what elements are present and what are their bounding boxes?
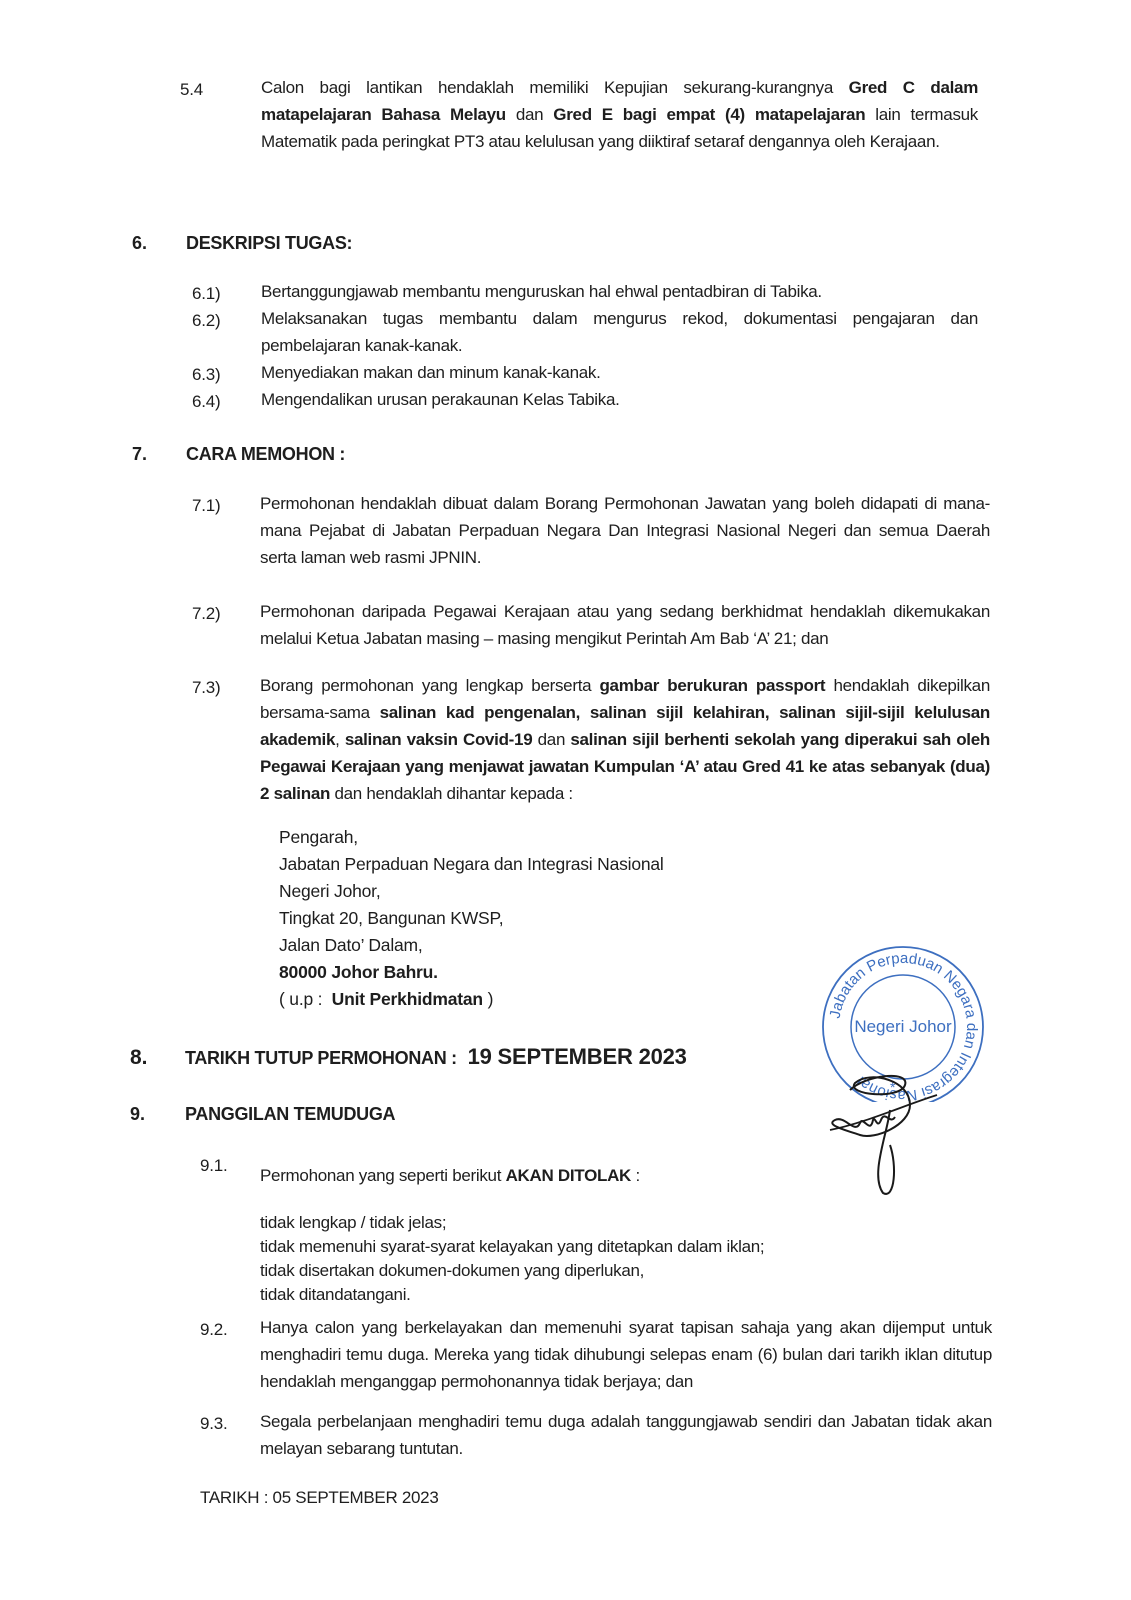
body-text: , (335, 730, 345, 749)
rejection-reason: tidak ditandatangani. (260, 1283, 411, 1307)
section-6-number: 6. (132, 233, 147, 254)
svg-text:Negeri Johor: Negeri Johor (854, 1017, 952, 1036)
item-number-7-2: 7.2) (192, 604, 221, 624)
section-7-number: 7. (132, 444, 147, 465)
section-6-title: DESKRIPSI TUGAS: (186, 233, 352, 254)
item-7-2-text: Permohonan daripada Pegawai Kerajaan ata… (260, 598, 990, 652)
section-8-title: TARIKH TUTUP PERMOHONAN : (185, 1048, 457, 1068)
body-text: Calon bagi lantikan hendaklah memiliki K… (261, 78, 849, 97)
item-number-5-4: 5.4 (180, 80, 203, 100)
body-text: dan (532, 730, 570, 749)
attention-unit: Unit Perkhidmatan (332, 989, 483, 1009)
item-9-1-intro: Permohonan yang seperti berikut AKAN DIT… (260, 1162, 640, 1189)
rejection-reason: tidak memenuhi syarat-syarat kelayakan y… (260, 1235, 764, 1259)
item-7-3-text: Borang permohonan yang lengkap berserta … (260, 672, 990, 807)
section-9-number: 9. (130, 1104, 145, 1125)
item-number-6-2: 6.2) (192, 311, 221, 331)
address-line-5: Jalan Dato’ Dalam, (279, 932, 423, 959)
address-attention: ( u.p : Unit Perkhidmatan ) (279, 986, 493, 1013)
emphasis-text: gambar berukuran passport (599, 676, 825, 695)
item-number-6-1: 6.1) (192, 284, 221, 304)
document-page: 5.4 Calon bagi lantikan hendaklah memili… (0, 0, 1131, 1600)
closing-date: 19 SEPTEMBER 2023 (468, 1044, 687, 1069)
body-text: Permohonan hendaklah dibuat dalam Borang… (260, 494, 990, 567)
document-date: TARIKH : 05 SEPTEMBER 2023 (200, 1484, 438, 1511)
intro-text: Permohonan yang seperti berikut (260, 1166, 506, 1185)
item-number-9-1: 9.1. (200, 1156, 228, 1176)
item-number-6-3: 6.3) (192, 365, 221, 385)
address-line-4: Tingkat 20, Bangunan KWSP, (279, 905, 503, 932)
address-line-1: Pengarah, (279, 824, 358, 851)
address-line-3: Negeri Johor, (279, 878, 381, 905)
address-line-2: Jabatan Perpaduan Negara dan Integrasi N… (279, 851, 664, 878)
attention-suffix: ) (488, 989, 494, 1009)
intro-end: : (631, 1166, 640, 1185)
rejection-reason: tidak lengkap / tidak jelas; (260, 1211, 446, 1235)
signature-icon (815, 1065, 945, 1200)
section-8-heading: TARIKH TUTUP PERMOHONAN : 19 SEPTEMBER 2… (185, 1044, 687, 1070)
item-number-9-2: 9.2. (200, 1320, 228, 1340)
item-9-2-text: Hanya calon yang berkelayakan dan memenu… (260, 1314, 992, 1395)
item-number-7-3: 7.3) (192, 678, 221, 698)
item-6-2-text: Melaksanakan tugas membantu dalam mengur… (261, 305, 978, 359)
rejection-reason: tidak disertakan dokumen-dokumen yang di… (260, 1259, 644, 1283)
section-9-title: PANGGILAN TEMUDUGA (185, 1104, 395, 1125)
section-7-title: CARA MEMOHON : (186, 444, 345, 465)
item-7-1-text: Permohonan hendaklah dibuat dalam Borang… (260, 490, 990, 571)
address-postcode: 80000 Johor Bahru. (279, 959, 438, 986)
body-text: Permohonan daripada Pegawai Kerajaan ata… (260, 602, 990, 648)
emphasis-text: salinan vaksin Covid-19 (345, 730, 533, 749)
rejected-label: AKAN DITOLAK (506, 1166, 631, 1185)
item-number-6-4: 6.4) (192, 392, 221, 412)
body-text: dan (506, 105, 553, 124)
attention-prefix: ( u.p : (279, 989, 322, 1009)
item-6-1-text: Bertanggungjawab membantu menguruskan ha… (261, 278, 978, 305)
section-8-number: 8. (130, 1046, 148, 1070)
item-5-4-text: Calon bagi lantikan hendaklah memiliki K… (261, 74, 978, 155)
item-6-4-text: Mengendalikan urusan perakaunan Kelas Ta… (261, 386, 978, 413)
item-6-3-text: Menyediakan makan dan minum kanak-kanak. (261, 359, 978, 386)
item-number-7-1: 7.1) (192, 496, 221, 516)
body-text: dan hendaklah dihantar kepada : (330, 784, 573, 803)
emphasis-text: Gred E bagi empat (4) matapelajaran (553, 105, 865, 124)
item-number-9-3: 9.3. (200, 1414, 228, 1434)
body-text: Borang permohonan yang lengkap berserta (260, 676, 599, 695)
item-9-3-text: Segala perbelanjaan menghadiri temu duga… (260, 1408, 992, 1462)
